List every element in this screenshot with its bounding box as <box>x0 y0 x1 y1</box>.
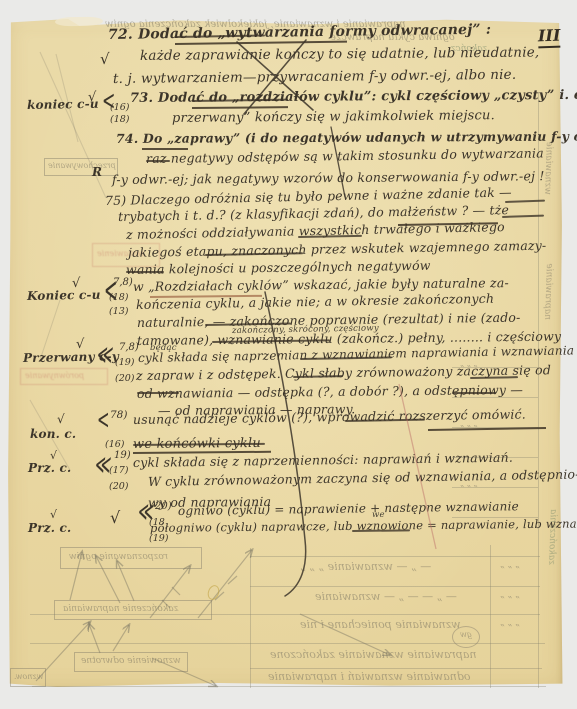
paper-tear <box>55 17 103 27</box>
bleed-rule <box>32 686 546 687</box>
manuscript-page <box>7 17 563 689</box>
scanned-manuscript: naprawianie i wznawianie, jakiekolwiek z… <box>0 0 577 709</box>
